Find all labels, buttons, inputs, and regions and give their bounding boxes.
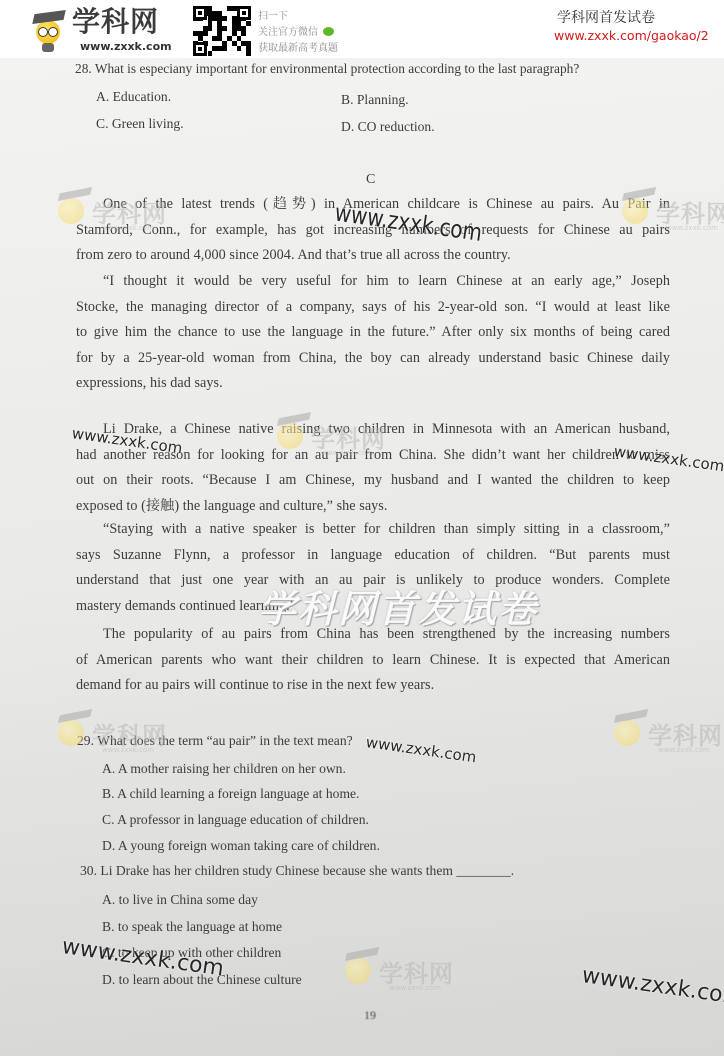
q30-stem: 30. Li Drake has her children study Chin… [80, 861, 514, 881]
q28-option-c[interactable]: C. Green living. [96, 114, 184, 134]
passage-line: exposed to (接触) the language and culture… [76, 496, 387, 516]
q28-option-a[interactable]: A. Education. [96, 87, 171, 107]
q29-option-a[interactable]: A. A mother raising her children on her … [102, 759, 346, 779]
watermark-logo: 学科网www.zxxk.com [622, 190, 724, 240]
wechat-icon [323, 27, 334, 36]
wechat-prompt: 扫一下 关注官方微信 获取最新高考真题 [258, 9, 338, 57]
watermark-banner: 学科网首发试卷 [258, 578, 538, 633]
q28-stem: 28. What is especiany important for envi… [75, 59, 579, 79]
watermark-logo: 学科网www.zxxk.com [277, 415, 387, 465]
watermark-url: www.zxxk.com [580, 963, 724, 1010]
q28-option-b[interactable]: B. Planning. [341, 90, 409, 110]
passage-line: “I thought it would be very useful for h… [103, 271, 670, 291]
q29-option-c[interactable]: C. A professor in language education of … [102, 810, 369, 830]
mascot-icon [32, 10, 66, 54]
q29-option-d[interactable]: D. A young foreign woman taking care of … [102, 836, 380, 856]
section-label: C [366, 170, 375, 190]
logo-text: 学科网 [72, 7, 159, 37]
q29-option-b[interactable]: B. A child learning a foreign language a… [102, 784, 359, 804]
header-title: 学科网首发试卷 [554, 9, 724, 27]
page-number: 19 [364, 1008, 376, 1023]
header-url-link[interactable]: www.zxxk.com/gaokao/2 [554, 27, 724, 45]
passage-line: out on their roots. “Because I am Chines… [76, 470, 670, 490]
passage-line: demand for au pairs will continue to ris… [76, 675, 434, 695]
passage-line: says Suzanne Flynn, a professor in langu… [76, 545, 670, 565]
passage-line: to give him the chance to use the langua… [76, 322, 670, 342]
q28-option-d[interactable]: D. CO reduction. [341, 117, 435, 137]
q30-option-b[interactable]: B. to speak the language at home [102, 917, 282, 937]
watermark-logo: 学科网www.zxxk.com [58, 712, 168, 762]
watermark-logo: 学科网www.zxxk.com [614, 712, 724, 762]
passage-line: Stocke, the managing director of a compa… [76, 297, 670, 317]
passage-line: expressions, his dad says. [76, 373, 223, 393]
passage-line: of American parents who want their child… [76, 650, 670, 670]
zxxk-logo[interactable]: 学科网 www.zxxk.com [32, 4, 178, 54]
watermark-logo: 学科网www.zxxk.com [58, 190, 168, 240]
watermark-logo: 学科网www.zxxk.com [345, 950, 455, 1000]
watermark-url: www.zxxk.com [365, 733, 478, 766]
passage-line: for by a 25-year-old woman from China, t… [76, 348, 670, 368]
q30-option-a[interactable]: A. to live in China some day [102, 890, 258, 910]
passage-line: “Staying with a native speaker is better… [103, 519, 670, 539]
passage-line: from zero to around 4,000 since 2004. An… [76, 245, 511, 265]
exam-page: 学科网 www.zxxk.com 扫一下 关注官方微信 获取最新高考真题 学科网… [0, 0, 724, 1056]
qr-code-icon [193, 6, 251, 56]
page-header: 学科网 www.zxxk.com 扫一下 关注官方微信 获取最新高考真题 学科网… [0, 0, 724, 58]
qr-line-2: 关注官方微信 [258, 25, 338, 41]
qr-line-3: 获取最新高考真题 [258, 41, 338, 57]
header-right: 学科网首发试卷 www.zxxk.com/gaokao/2 [554, 9, 724, 45]
qr-line-1: 扫一下 [258, 9, 338, 25]
logo-url: www.zxxk.com [80, 40, 172, 53]
